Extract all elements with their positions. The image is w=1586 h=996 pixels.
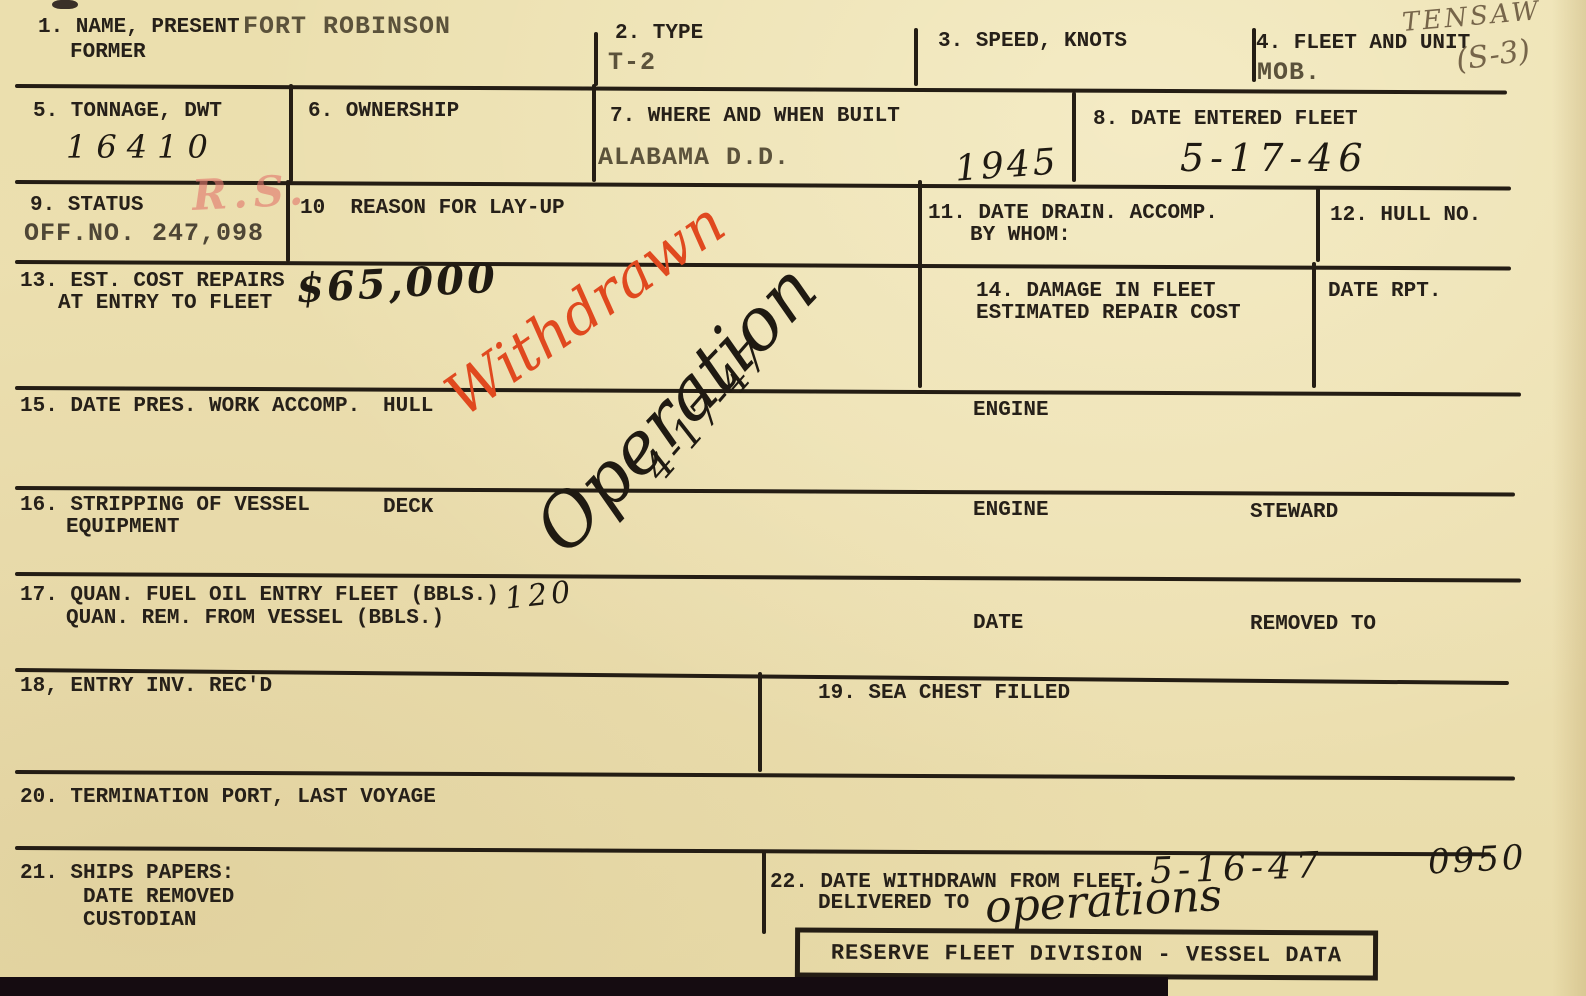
field-17-label2: QUAN. REM. FROM VESSEL (BBLS.) bbox=[66, 607, 444, 630]
field-13-label2: AT ENTRY TO FLEET bbox=[58, 292, 272, 315]
rule-line bbox=[594, 32, 598, 86]
field-3-label: 3. SPEED, KNOTS bbox=[938, 30, 1127, 53]
field-16-label: 16. STRIPPING OF VESSEL bbox=[20, 494, 310, 517]
field-5-handwritten: 16410 bbox=[66, 128, 218, 166]
field-22-time-handwritten: 0950 bbox=[1427, 837, 1527, 882]
field-14-label: 14. DAMAGE IN FLEET bbox=[976, 280, 1215, 303]
field-16-steward-label: STEWARD bbox=[1250, 501, 1338, 524]
field-4-value: MOB. bbox=[1257, 58, 1321, 87]
rule-line bbox=[918, 180, 922, 388]
field-2-value: T-2 bbox=[608, 48, 656, 77]
field-9-red-stamp: R.S. bbox=[191, 165, 310, 220]
rule-line bbox=[1312, 262, 1316, 388]
rule-line bbox=[15, 572, 1521, 583]
vessel-data-card: 1. NAME, PRESENT FORMER FORT ROBINSON 2.… bbox=[0, 0, 1586, 996]
field-13-handwritten: $65,000 bbox=[295, 255, 499, 313]
field-9-label: 9. STATUS bbox=[30, 194, 143, 217]
card-edge-shading bbox=[1552, 0, 1586, 996]
field-15-hull-label: HULL bbox=[383, 395, 433, 418]
field-22-delivered-handwritten: operations bbox=[984, 870, 1223, 933]
field-9-value: OFF.NO. 247,098 bbox=[24, 219, 264, 248]
field-8-label: 8. DATE ENTERED FLEET bbox=[1093, 108, 1358, 131]
field-11-label: 11. DATE DRAIN. ACCOMP. bbox=[928, 202, 1218, 225]
field-6-label: 6. OWNERSHIP bbox=[308, 100, 459, 123]
field-21-label2: DATE REMOVED bbox=[83, 886, 234, 909]
field-19-label: 19. SEA CHEST FILLED bbox=[818, 682, 1070, 705]
scan-smudge bbox=[52, 0, 78, 9]
field-17-handwritten: 120 bbox=[503, 574, 576, 616]
field-10-label: 10 REASON FOR LAY-UP bbox=[300, 197, 565, 220]
rule-line bbox=[1072, 92, 1076, 182]
rule-line bbox=[762, 850, 766, 934]
field-17-date-label: DATE bbox=[973, 612, 1023, 635]
field-1-value: FORT ROBINSON bbox=[243, 12, 451, 41]
field-1-label2: FORMER bbox=[70, 41, 146, 64]
field-2-label: 2. TYPE bbox=[615, 22, 703, 45]
field-4-label: 4. FLEET AND UNIT bbox=[1256, 32, 1470, 55]
field-17-label: 17. QUAN. FUEL OIL ENTRY FLEET (BBLS.) bbox=[20, 584, 499, 607]
field-12-label: 12. HULL NO. bbox=[1330, 204, 1481, 227]
field-8-handwritten: 5-17-46 bbox=[1180, 136, 1369, 180]
field-14-date-rpt-label: DATE RPT. bbox=[1328, 280, 1441, 303]
field-1-label: 1. NAME, PRESENT bbox=[38, 16, 240, 39]
field-7-handwritten: 1945 bbox=[954, 141, 1060, 189]
rule-line bbox=[1316, 188, 1320, 262]
pencil-name-annotation: TENSAW bbox=[1401, 0, 1542, 38]
rule-line bbox=[592, 84, 596, 182]
field-7-label: 7. WHERE AND WHEN BUILT bbox=[610, 105, 900, 128]
rule-line bbox=[758, 672, 762, 772]
field-11-label2: BY WHOM: bbox=[970, 224, 1071, 247]
field-5-label: 5. TONNAGE, DWT bbox=[33, 100, 222, 123]
reserve-fleet-stamp-box: RESERVE FLEET DIVISION - VESSEL DATA bbox=[795, 927, 1378, 980]
field-21-label: 21. SHIPS PAPERS: bbox=[20, 862, 234, 885]
rule-line bbox=[15, 770, 1515, 781]
field-14-label2: ESTIMATED REPAIR COST bbox=[976, 302, 1241, 325]
field-13-label: 13. EST. COST REPAIRS bbox=[20, 270, 285, 293]
field-20-label: 20. TERMINATION PORT, LAST VOYAGE bbox=[20, 786, 436, 809]
reserve-fleet-stamp-text: RESERVE FLEET DIVISION - VESSEL DATA bbox=[831, 940, 1342, 968]
field-22-delivered-label: DELIVERED TO bbox=[818, 892, 969, 915]
field-15-engine-label: ENGINE bbox=[973, 399, 1049, 422]
field-16-engine-label: ENGINE bbox=[973, 499, 1049, 522]
field-16-deck-label: DECK bbox=[383, 496, 433, 519]
field-15-label: 15. DATE PRES. WORK ACCOMP. bbox=[20, 395, 360, 418]
rule-line bbox=[914, 28, 918, 86]
field-21-label3: CUSTODIAN bbox=[83, 909, 196, 932]
field-16-label2: EQUIPMENT bbox=[66, 516, 179, 539]
field-17-removed-to-label: REMOVED TO bbox=[1250, 613, 1376, 636]
scan-edge-strip bbox=[0, 977, 1168, 996]
field-18-label: 18, ENTRY INV. REC'D bbox=[20, 675, 272, 698]
